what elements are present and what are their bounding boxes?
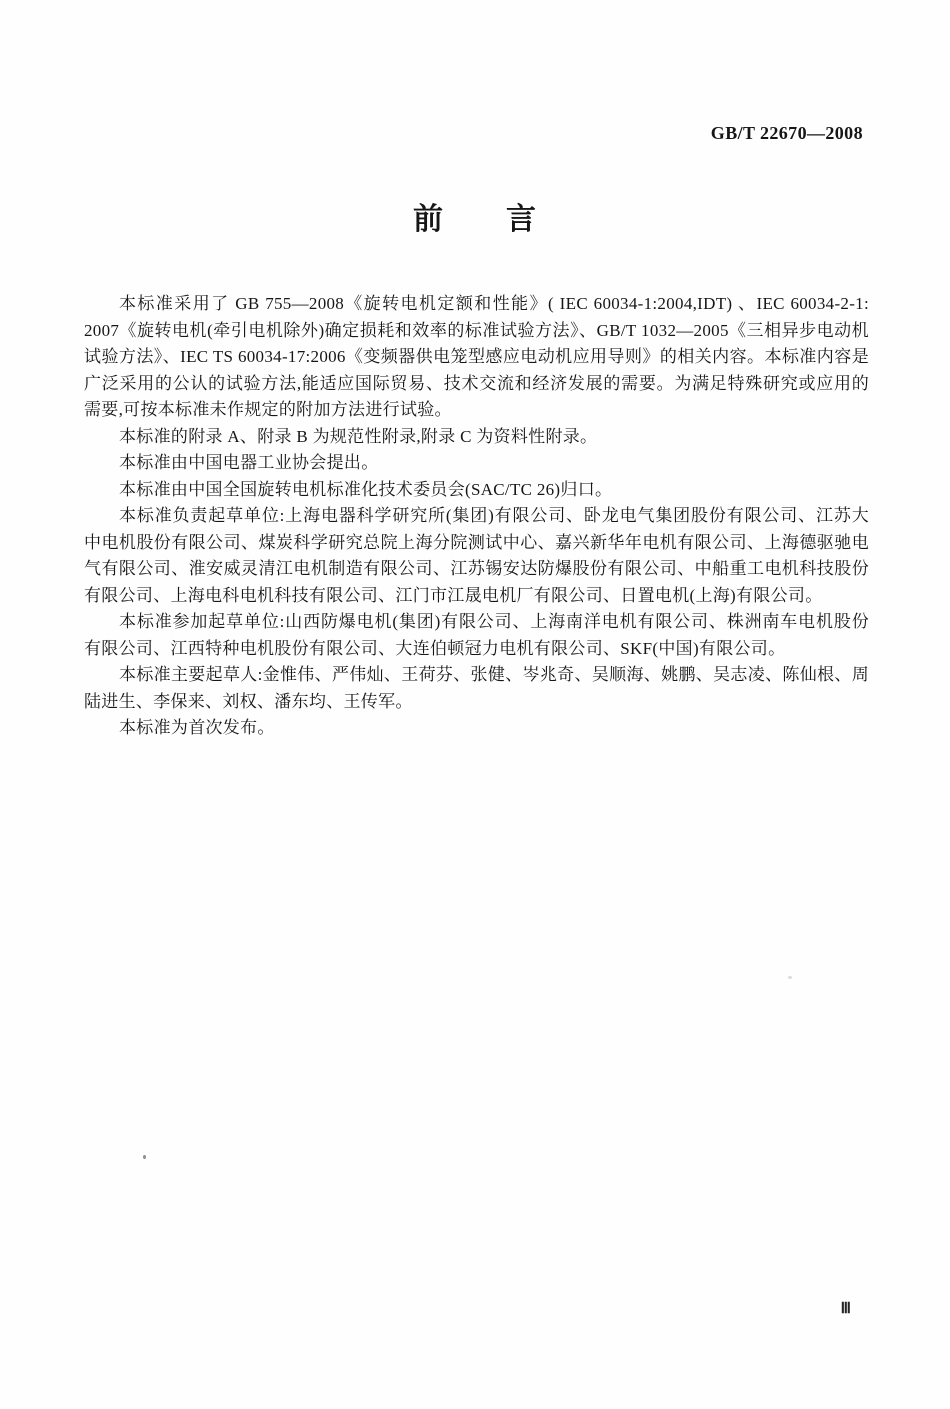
body-line: 中电机股份有限公司、煤炭科学研究总院上海分院测试中心、嘉兴新华年电机有限公司、上…	[84, 530, 869, 557]
body-line: 有限公司、江西特种电机股份有限公司、大连伯顿冠力电机有限公司、SKF(中国)有限…	[84, 636, 869, 663]
body-line: 本标准采用了 GB 755—2008《旋转电机定额和性能》( IEC 60034…	[84, 291, 869, 318]
foreword-body: 本标准采用了 GB 755—2008《旋转电机定额和性能》( IEC 60034…	[84, 291, 869, 742]
body-line: 本标准负责起草单位:上海电器科学研究所(集团)有限公司、卧龙电气集团股份有限公司…	[84, 503, 869, 530]
body-line: 2007《旋转电机(牵引电机除外)确定损耗和效率的标准试验方法》、GB/T 10…	[84, 318, 869, 345]
body-line: 本标准为首次发布。	[84, 715, 869, 742]
body-line: 本标准参加起草单位:山西防爆电机(集团)有限公司、上海南洋电机有限公司、株洲南车…	[84, 609, 869, 636]
body-line: 广泛采用的公认的试验方法,能适应国际贸易、技术交流和经济发展的需要。为满足特殊研…	[84, 371, 869, 398]
body-line: 需要,可按本标准未作规定的附加方法进行试验。	[84, 397, 869, 424]
body-line: 有限公司、上海电科电机科技有限公司、江门市江晟电机厂有限公司、日置电机(上海)有…	[84, 583, 869, 610]
standard-code: GB/T 22670—2008	[711, 123, 863, 144]
body-line: 本标准的附录 A、附录 B 为规范性附录,附录 C 为资料性附录。	[84, 424, 869, 451]
body-line: 本标准由中国电器工业协会提出。	[84, 450, 869, 477]
page-number: Ⅲ	[841, 1299, 851, 1318]
body-line: 试验方法》、IEC TS 60034-17:2006《变频器供电笼型感应电动机应…	[84, 344, 869, 371]
body-line: 本标准由中国全国旋转电机标准化技术委员会(SAC/TC 26)归口。	[84, 477, 869, 504]
body-line: 气有限公司、淮安威灵清江电机制造有限公司、江苏锡安达防爆股份有限公司、中船重工电…	[84, 556, 869, 583]
scan-speck	[788, 976, 792, 979]
scan-speck	[143, 1155, 146, 1159]
body-line: 本标准主要起草人:金惟伟、严伟灿、王荷芬、张健、岑兆奇、吴顺海、姚鹏、吴志凌、陈…	[84, 662, 869, 689]
page-title: 前 言	[0, 202, 950, 238]
document-page: GB/T 22670—2008 前 言 本标准采用了 GB 755—2008《旋…	[0, 0, 950, 1409]
body-line: 陆进生、李保来、刘权、潘东均、王传军。	[84, 689, 869, 716]
